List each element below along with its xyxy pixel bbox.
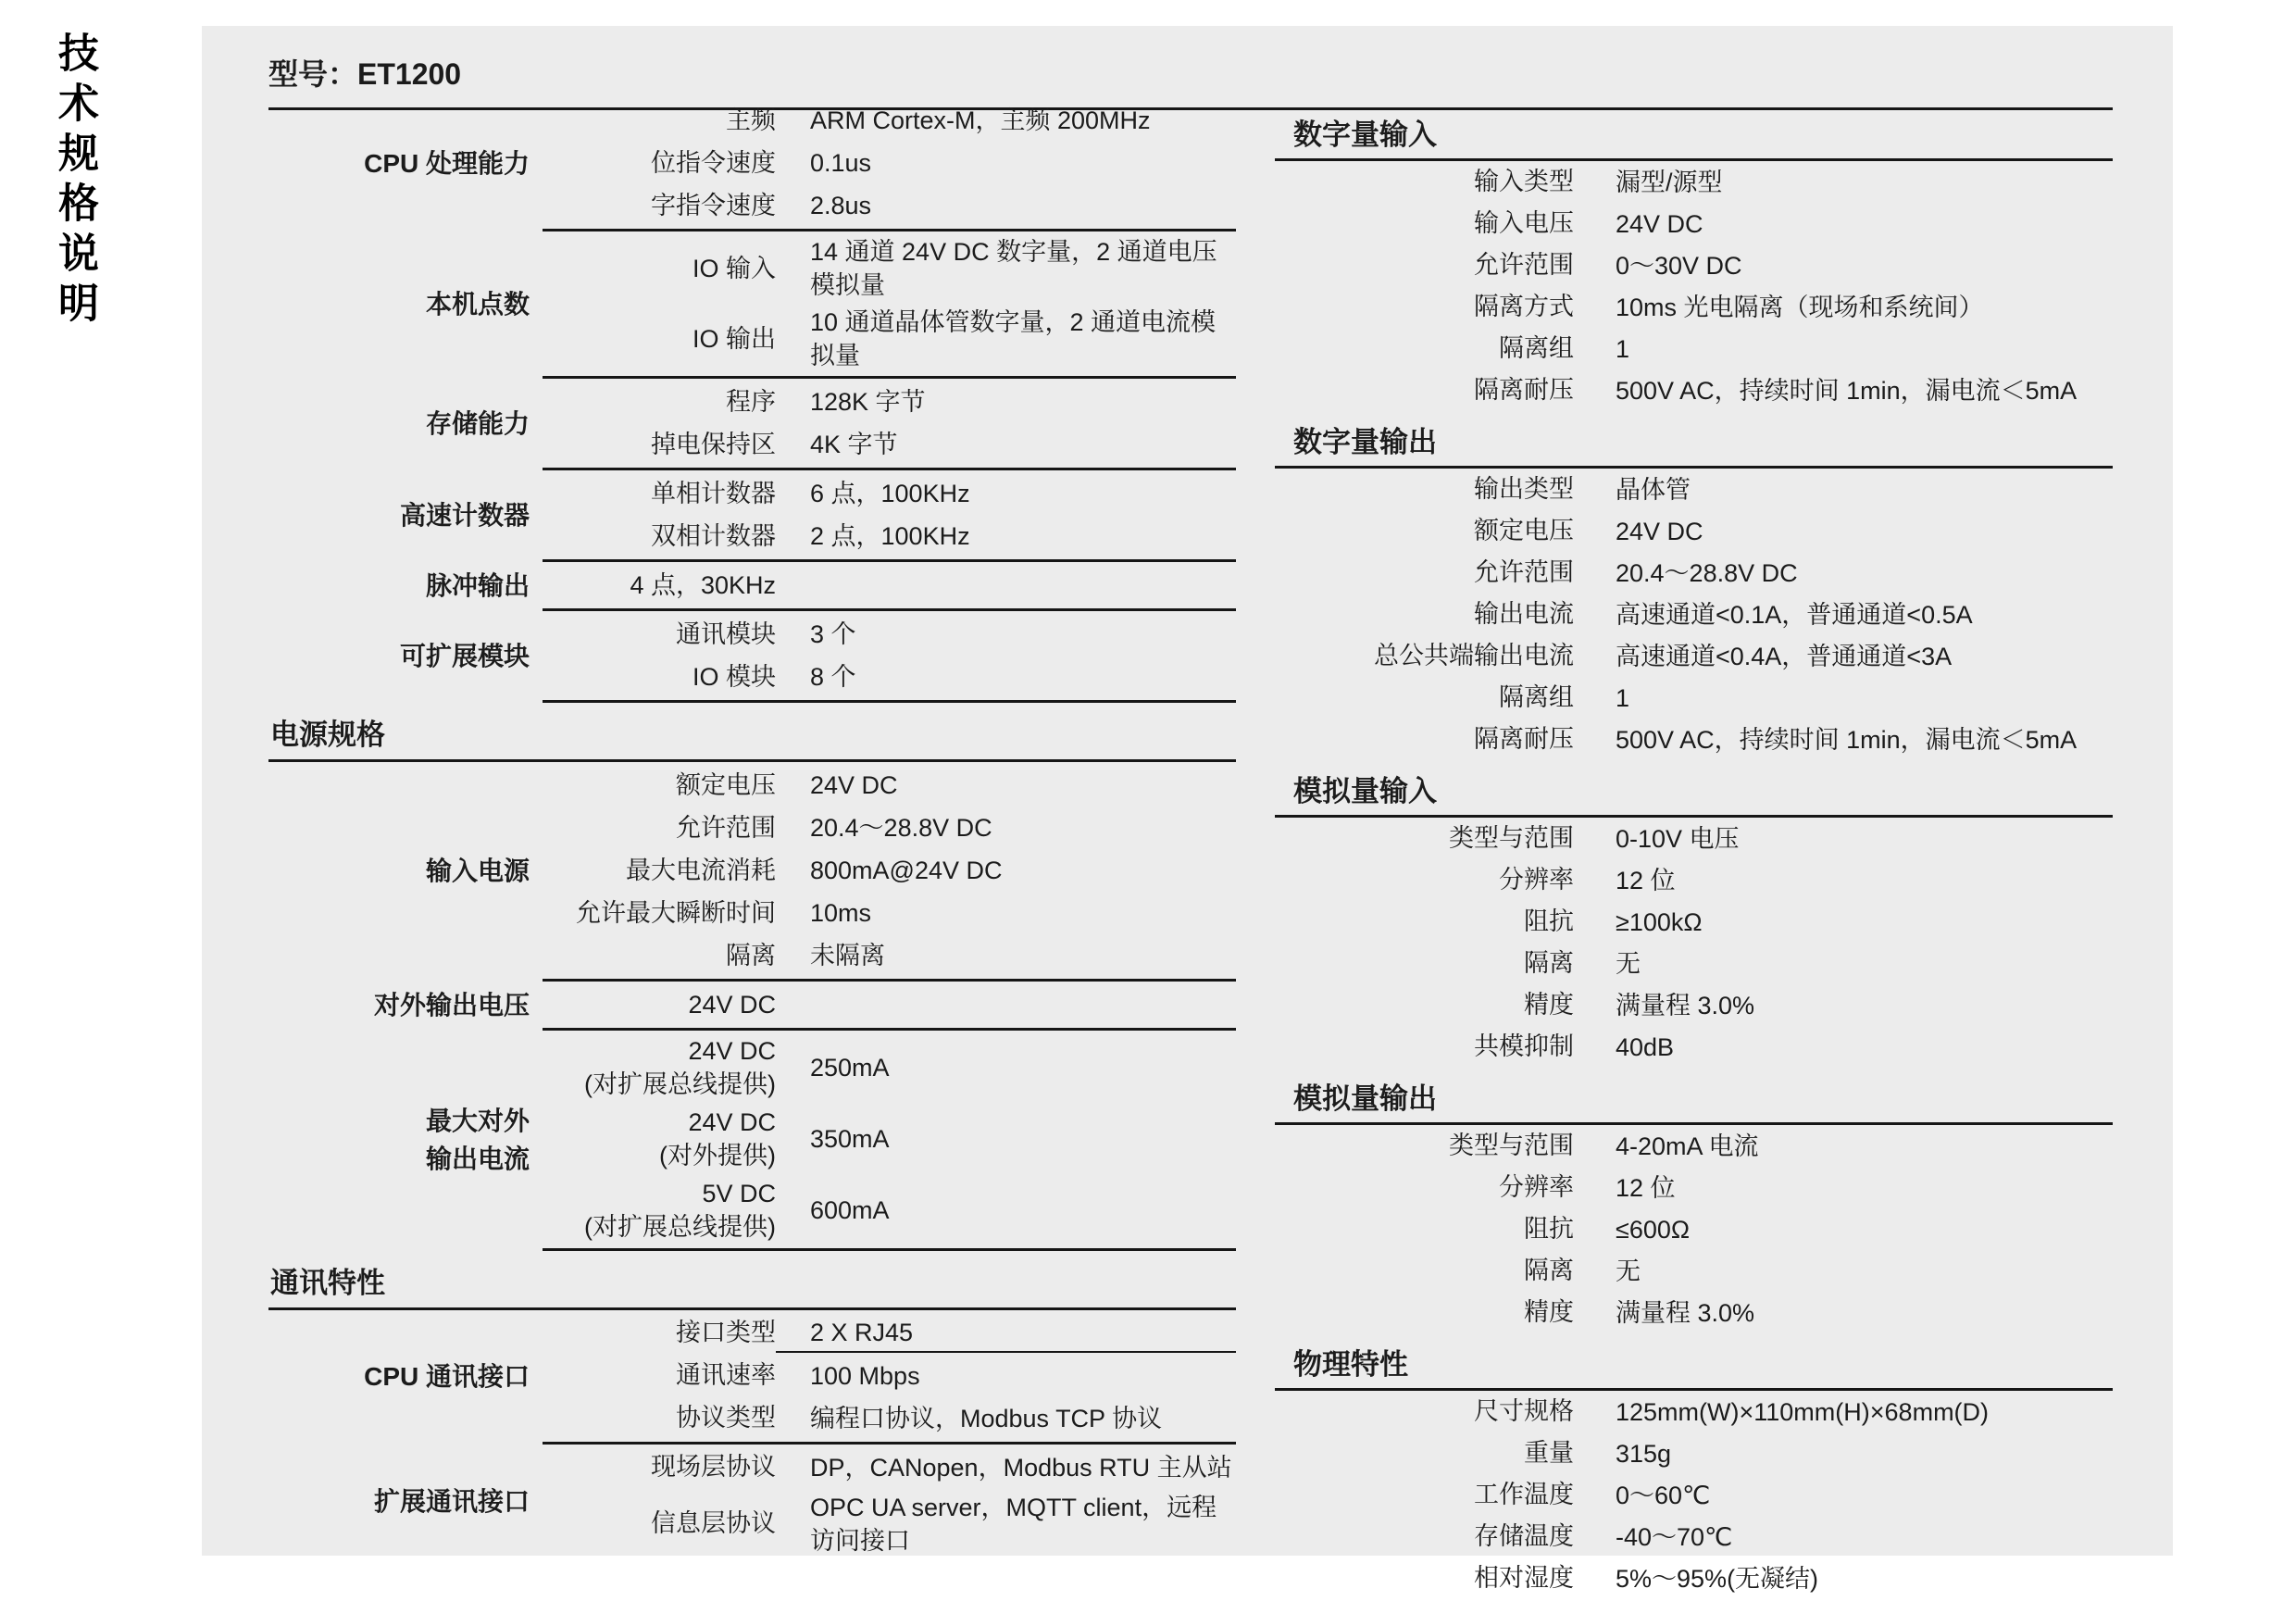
spec-row: 通讯速率100 Mbps <box>543 1355 1236 1397</box>
spec-row: 隔离未隔离 <box>543 934 1236 977</box>
spec-row: 隔离无 <box>1275 943 2113 984</box>
spec-label: 共模抑制 <box>1275 1030 1574 1063</box>
spec-group: 高速计数器单相计数器6 点，100KHz双相计数器2 点，100KHz <box>268 470 1236 562</box>
spec-label: IO 输出 <box>543 322 776 356</box>
spec-value: 漏型/源型 <box>1574 167 2113 198</box>
spec-row: 类型与范围4-20mA 电流 <box>1275 1125 2113 1167</box>
spec-value: 350mA <box>776 1122 1236 1156</box>
spec-value: 0.1us <box>776 146 1236 180</box>
spec-value: 1 <box>1574 682 2113 714</box>
spec-row: 类型与范围0-10V 电压 <box>1275 818 2113 859</box>
spec-row: 输入类型漏型/源型 <box>1275 161 2113 203</box>
spec-label: 现场层协议 <box>543 1450 776 1483</box>
spec-label: 隔离组 <box>1275 331 1574 365</box>
spec-value: 高速通道<0.1A，普通通道<0.5A <box>1574 599 2113 631</box>
spec-label: IO 模块 <box>543 660 776 694</box>
spec-label: 尺寸规格 <box>1275 1395 1574 1428</box>
spec-section: 模拟量输入类型与范围0-10V 电压分辨率12 位阻抗≥100kΩ隔离无精度满量… <box>1275 760 2113 1068</box>
spec-group: 存储能力程序128K 字节掉电保持区4K 字节 <box>268 379 1236 470</box>
spec-label: 允许范围 <box>1275 248 1574 281</box>
spec-group: 对外输出电压24V DC <box>268 982 1236 1031</box>
spec-label: 主频 <box>543 104 776 137</box>
spec-label: 输入类型 <box>1275 165 1574 198</box>
spec-row: 相对湿度5%～95%(无凝结) <box>1275 1557 2113 1599</box>
spec-label: 接口类型 <box>543 1316 776 1349</box>
spec-row: 分辨率12 位 <box>1275 1167 2113 1208</box>
spec-value: 24V DC <box>1574 208 2113 240</box>
spec-label: 重量 <box>1275 1436 1574 1470</box>
right-column: 数字量输入输入类型漏型/源型输入电压24V DC允许范围0～30V DC隔离方式… <box>1275 104 2113 1599</box>
spec-row: 最大电流消耗800mA@24V DC <box>543 849 1236 892</box>
spec-row: 存储温度-40～70℃ <box>1275 1516 2113 1557</box>
spec-value: DP，CANopen，Modbus RTU 主从站 <box>776 1451 1236 1484</box>
spec-label: 输入电压 <box>1275 206 1574 240</box>
spec-value: 20.4～28.8V DC <box>776 811 1236 844</box>
spec-section: 模拟量输出类型与范围4-20mA 电流分辨率12 位阻抗≤600Ω隔离无精度满量… <box>1275 1068 2113 1333</box>
spec-value: 2 X RJ45 <box>776 1314 1236 1353</box>
spec-category: 可扩展模块 <box>268 611 543 703</box>
spec-row: 24V DC (对扩展总线提供)250mA <box>543 1032 1236 1104</box>
spec-label: 24V DC (对外提供) <box>543 1106 776 1173</box>
spec-label: 通讯模块 <box>543 618 776 651</box>
spec-label: 24V DC (对扩展总线提供) <box>543 1034 776 1102</box>
spec-label: 阻抗 <box>1275 1212 1574 1245</box>
spec-value: 4-20mA 电流 <box>1574 1131 2113 1162</box>
spec-label: 精度 <box>1275 1295 1574 1329</box>
spec-row: 输出类型晶体管 <box>1275 469 2113 510</box>
spec-row: 隔离无 <box>1275 1250 2113 1292</box>
spec-value: 无 <box>1574 1256 2113 1287</box>
spec-label: 输出类型 <box>1275 472 1574 506</box>
spec-category: 本机点数 <box>268 231 543 379</box>
spec-value: ARM Cortex-M，主频 200MHz <box>776 104 1236 137</box>
spec-category: 输入电源 <box>268 762 543 982</box>
spec-value: 满量程 3.0% <box>1574 990 2113 1021</box>
spec-subtable: 通讯模块3 个IO 模块8 个 <box>543 611 1236 703</box>
spec-row: 允许最大瞬断时间10ms <box>543 892 1236 934</box>
spec-group: 可扩展模块通讯模块3 个IO 模块8 个 <box>268 611 1236 703</box>
spec-row: 总公共端输出电流高速通道<0.4A，普通通道<3A <box>1275 635 2113 677</box>
spec-subtable: 程序128K 字节掉电保持区4K 字节 <box>543 379 1236 470</box>
spec-row: 允许范围20.4～28.8V DC <box>1275 552 2113 594</box>
spec-category: 存储能力 <box>268 379 543 470</box>
spec-label: 类型与范围 <box>1275 821 1574 855</box>
spec-value: 800mA@24V DC <box>776 854 1236 887</box>
spec-value: 40dB <box>1574 1032 2113 1063</box>
spec-section: 物理特性尺寸规格125mm(W)×110mm(H)×68mm(D)重量315g工… <box>1275 1333 2113 1599</box>
spec-value: 315g <box>1574 1438 2113 1470</box>
spec-group: 扩展通讯接口现场层协议DP，CANopen，Modbus RTU 主从站信息层协… <box>268 1445 1236 1561</box>
spec-value: 编程口协议，Modbus TCP 协议 <box>776 1402 1236 1435</box>
spec-value: 0～30V DC <box>1574 250 2113 281</box>
spec-value: 4K 字节 <box>776 428 1236 461</box>
spec-row: 接口类型2 X RJ45 <box>543 1312 1236 1355</box>
spec-label: 隔离耐压 <box>1275 373 1574 407</box>
spec-value: 24V DC <box>776 769 1236 802</box>
spec-label: 额定电压 <box>543 769 776 802</box>
spec-row: 5V DC (对扩展总线提供)600mA <box>543 1175 1236 1246</box>
spec-label: 24V DC <box>543 988 776 1021</box>
spec-row: 共模抑制40dB <box>1275 1026 2113 1068</box>
section-header: 物理特性 <box>1275 1333 2113 1391</box>
spec-subtable: 24V DC (对扩展总线提供)250mA24V DC (对外提供)350mA5… <box>543 1031 1236 1251</box>
spec-label: 输出电流 <box>1275 597 1574 631</box>
spec-value: 8 个 <box>776 660 1236 694</box>
spec-category: 扩展通讯接口 <box>268 1445 543 1561</box>
spec-label: 位指令速度 <box>543 146 776 180</box>
spec-label: 字指令速度 <box>543 189 776 222</box>
spec-value: 500V AC，持续时间 1min，漏电流＜5mA <box>1574 724 2113 756</box>
spec-label: 隔离方式 <box>1275 290 1574 323</box>
spec-value: 20.4～28.8V DC <box>1574 557 2113 589</box>
spec-value: 2.8us <box>776 189 1236 222</box>
spec-row: 阻抗≥100kΩ <box>1275 901 2113 943</box>
spec-label: 5V DC (对扩展总线提供) <box>543 1177 776 1245</box>
spec-row: 24V DC <box>543 983 1236 1026</box>
spec-row: 额定电压24V DC <box>543 764 1236 807</box>
spec-row: 现场层协议DP，CANopen，Modbus RTU 主从站 <box>543 1446 1236 1489</box>
spec-row: 字指令速度2.8us <box>543 184 1236 227</box>
spec-value: 10 通道晶体管数字量，2 通道电流模拟量 <box>776 306 1236 372</box>
spec-value: -40～70℃ <box>1574 1521 2113 1553</box>
spec-label: 协议类型 <box>543 1401 776 1434</box>
spec-label: 最大电流消耗 <box>543 854 776 887</box>
spec-value: 12 位 <box>1574 1172 2113 1204</box>
spec-label: 信息层协议 <box>543 1507 776 1540</box>
spec-group: CPU 处理能力主频ARM Cortex-M，主频 200MHz位指令速度0.1… <box>268 97 1236 231</box>
spec-category: 最大对外 输出电流 <box>268 1031 543 1251</box>
spec-value: 晶体管 <box>1574 474 2113 506</box>
spec-row: 24V DC (对外提供)350mA <box>543 1104 1236 1175</box>
spec-label: 允许最大瞬断时间 <box>543 896 776 930</box>
spec-value: 500V AC，持续时间 1min，漏电流＜5mA <box>1574 375 2113 407</box>
section-header: 通讯特性 <box>268 1251 1236 1310</box>
spec-category: CPU 通讯接口 <box>268 1310 543 1445</box>
spec-category: 高速计数器 <box>268 470 543 562</box>
spec-row: 4 点，30KHz <box>543 564 1236 607</box>
spec-group: CPU 通讯接口接口类型2 X RJ45通讯速率100 Mbps协议类型编程口协… <box>268 1310 1236 1445</box>
spec-value: ≥100kΩ <box>1574 907 2113 938</box>
spec-value: 未隔离 <box>776 939 1236 972</box>
spec-row: IO 输出10 通道晶体管数字量，2 通道电流模拟量 <box>543 304 1236 374</box>
spec-value: 24V DC <box>1574 516 2113 547</box>
spec-label: 分辨率 <box>1275 1170 1574 1204</box>
spec-value: 3 个 <box>776 618 1236 651</box>
spec-value: 12 位 <box>1574 865 2113 896</box>
spec-value: 高速通道<0.4A，普通通道<3A <box>1574 641 2113 672</box>
spec-row: 额定电压24V DC <box>1275 510 2113 552</box>
spec-label: 隔离 <box>1275 1254 1574 1287</box>
spec-value: 250mA <box>776 1051 1236 1084</box>
spec-label: 双相计数器 <box>543 519 776 553</box>
spec-label: 隔离 <box>543 939 776 972</box>
spec-row: 隔离耐压500V AC，持续时间 1min，漏电流＜5mA <box>1275 369 2113 411</box>
spec-label: 4 点，30KHz <box>543 569 776 602</box>
spec-label: 隔离 <box>1275 946 1574 980</box>
spec-row: 精度满量程 3.0% <box>1275 1292 2113 1333</box>
spec-value: 14 通道 24V DC 数字量，2 通道电压模拟量 <box>776 235 1236 302</box>
spec-row: 隔离方式10ms 光电隔离（现场和系统间） <box>1275 286 2113 328</box>
spec-value: 2 点，100KHz <box>776 519 1236 553</box>
spec-row: 输入电压24V DC <box>1275 203 2113 244</box>
spec-subtable: 接口类型2 X RJ45通讯速率100 Mbps协议类型编程口协议，Modbus… <box>543 1310 1236 1445</box>
spec-row: 单相计数器6 点，100KHz <box>543 472 1236 515</box>
spec-value: 10ms 光电隔离（现场和系统间） <box>1574 292 2113 323</box>
spec-label: 精度 <box>1275 988 1574 1021</box>
spec-subtable: 主频ARM Cortex-M，主频 200MHz位指令速度0.1us字指令速度2… <box>543 97 1236 231</box>
spec-row: 分辨率12 位 <box>1275 859 2113 901</box>
sidebar-vertical-title: 技术规格说明 <box>44 31 104 331</box>
spec-row: IO 模块8 个 <box>543 656 1236 698</box>
spec-row: 工作温度0～60℃ <box>1275 1474 2113 1516</box>
spec-category: CPU 处理能力 <box>268 97 543 231</box>
spec-section: 数字量输出输出类型晶体管额定电压24V DC允许范围20.4～28.8V DC输… <box>1275 411 2113 760</box>
spec-label: 分辨率 <box>1275 863 1574 896</box>
spec-group: 输入电源额定电压24V DC允许范围20.4～28.8V DC最大电流消耗800… <box>268 762 1236 982</box>
spec-subtable: 现场层协议DP，CANopen，Modbus RTU 主从站信息层协议OPC U… <box>543 1445 1236 1561</box>
spec-label: 相对湿度 <box>1275 1561 1574 1595</box>
spec-row: 通讯模块3 个 <box>543 613 1236 656</box>
spec-value: 10ms <box>776 896 1236 930</box>
spec-subtable: 额定电压24V DC允许范围20.4～28.8V DC最大电流消耗800mA@2… <box>543 762 1236 982</box>
spec-row: 精度满量程 3.0% <box>1275 984 2113 1026</box>
spec-group: 最大对外 输出电流24V DC (对扩展总线提供)250mA24V DC (对外… <box>268 1031 1236 1251</box>
spec-label: 额定电压 <box>1275 514 1574 547</box>
section-header: 数字量输出 <box>1275 411 2113 469</box>
spec-label: 隔离耐压 <box>1275 722 1574 756</box>
spec-label: 阻抗 <box>1275 905 1574 938</box>
spec-row: 尺寸规格125mm(W)×110mm(H)×68mm(D) <box>1275 1391 2113 1432</box>
spec-row: 隔离组1 <box>1275 677 2113 719</box>
left-column: CPU 处理能力主频ARM Cortex-M，主频 200MHz位指令速度0.1… <box>268 97 1236 1561</box>
spec-label: 存储温度 <box>1275 1520 1574 1553</box>
spec-value: 125mm(W)×110mm(H)×68mm(D) <box>1574 1396 2113 1428</box>
spec-row: 隔离组1 <box>1275 328 2113 369</box>
spec-row: IO 输入14 通道 24V DC 数字量，2 通道电压模拟量 <box>543 233 1236 304</box>
spec-label: 工作温度 <box>1275 1478 1574 1511</box>
spec-category: 对外输出电压 <box>268 982 543 1031</box>
spec-value: OPC UA server，MQTT client，远程访问接口 <box>776 1491 1236 1557</box>
spec-value: 满量程 3.0% <box>1574 1297 2113 1329</box>
spec-label: 允许范围 <box>1275 556 1574 589</box>
spec-value: 6 点，100KHz <box>776 477 1236 510</box>
spec-value: 600mA <box>776 1194 1236 1227</box>
spec-value: 100 Mbps <box>776 1359 1236 1393</box>
spec-value: ≤600Ω <box>1574 1214 2113 1245</box>
spec-row: 信息层协议OPC UA server，MQTT client，远程访问接口 <box>543 1489 1236 1559</box>
spec-label: 隔离组 <box>1275 681 1574 714</box>
spec-row: 输出电流高速通道<0.1A，普通通道<0.5A <box>1275 594 2113 635</box>
section-header: 模拟量输出 <box>1275 1068 2113 1125</box>
spec-section: 数字量输入输入类型漏型/源型输入电压24V DC允许范围0～30V DC隔离方式… <box>1275 104 2113 411</box>
section-header: 数字量输入 <box>1275 104 2113 161</box>
spec-subtable: 24V DC <box>543 982 1236 1031</box>
spec-row: 位指令速度0.1us <box>543 142 1236 184</box>
section-header: 电源规格 <box>268 703 1236 762</box>
spec-row: 隔离耐压500V AC，持续时间 1min，漏电流＜5mA <box>1275 719 2113 760</box>
spec-row: 重量315g <box>1275 1432 2113 1474</box>
spec-value: 0-10V 电压 <box>1574 823 2113 855</box>
section-header: 模拟量输入 <box>1275 760 2113 818</box>
spec-label: 通讯速率 <box>543 1358 776 1392</box>
spec-category: 脉冲输出 <box>268 562 543 611</box>
spec-label: 程序 <box>543 385 776 419</box>
spec-label: 单相计数器 <box>543 477 776 510</box>
spec-label: 总公共端输出电流 <box>1275 639 1574 672</box>
spec-value: 128K 字节 <box>776 385 1236 419</box>
spec-row: 允许范围20.4～28.8V DC <box>543 807 1236 849</box>
spec-row: 允许范围0～30V DC <box>1275 244 2113 286</box>
spec-row: 协议类型编程口协议，Modbus TCP 协议 <box>543 1397 1236 1440</box>
spec-row: 程序128K 字节 <box>543 381 1236 423</box>
spec-subtable: 4 点，30KHz <box>543 562 1236 611</box>
spec-group: 脉冲输出4 点，30KHz <box>268 562 1236 611</box>
spec-subtable: IO 输入14 通道 24V DC 数字量，2 通道电压模拟量IO 输出10 通… <box>543 231 1236 379</box>
spec-value: 无 <box>1574 948 2113 980</box>
spec-subtable: 单相计数器6 点，100KHz双相计数器2 点，100KHz <box>543 470 1236 562</box>
spec-label: 掉电保持区 <box>543 428 776 461</box>
spec-label: IO 输入 <box>543 252 776 285</box>
spec-value: 0～60℃ <box>1574 1480 2113 1511</box>
spec-value: 5%～95%(无凝结) <box>1574 1563 2113 1595</box>
spec-row: 掉电保持区4K 字节 <box>543 423 1236 466</box>
spec-row: 双相计数器2 点，100KHz <box>543 515 1236 557</box>
spec-row: 阻抗≤600Ω <box>1275 1208 2113 1250</box>
spec-row: 主频ARM Cortex-M，主频 200MHz <box>543 99 1236 142</box>
spec-group: 本机点数IO 输入14 通道 24V DC 数字量，2 通道电压模拟量IO 输出… <box>268 231 1236 379</box>
spec-label: 允许范围 <box>543 811 776 844</box>
spec-label: 类型与范围 <box>1275 1129 1574 1162</box>
spec-value: 1 <box>1574 333 2113 365</box>
